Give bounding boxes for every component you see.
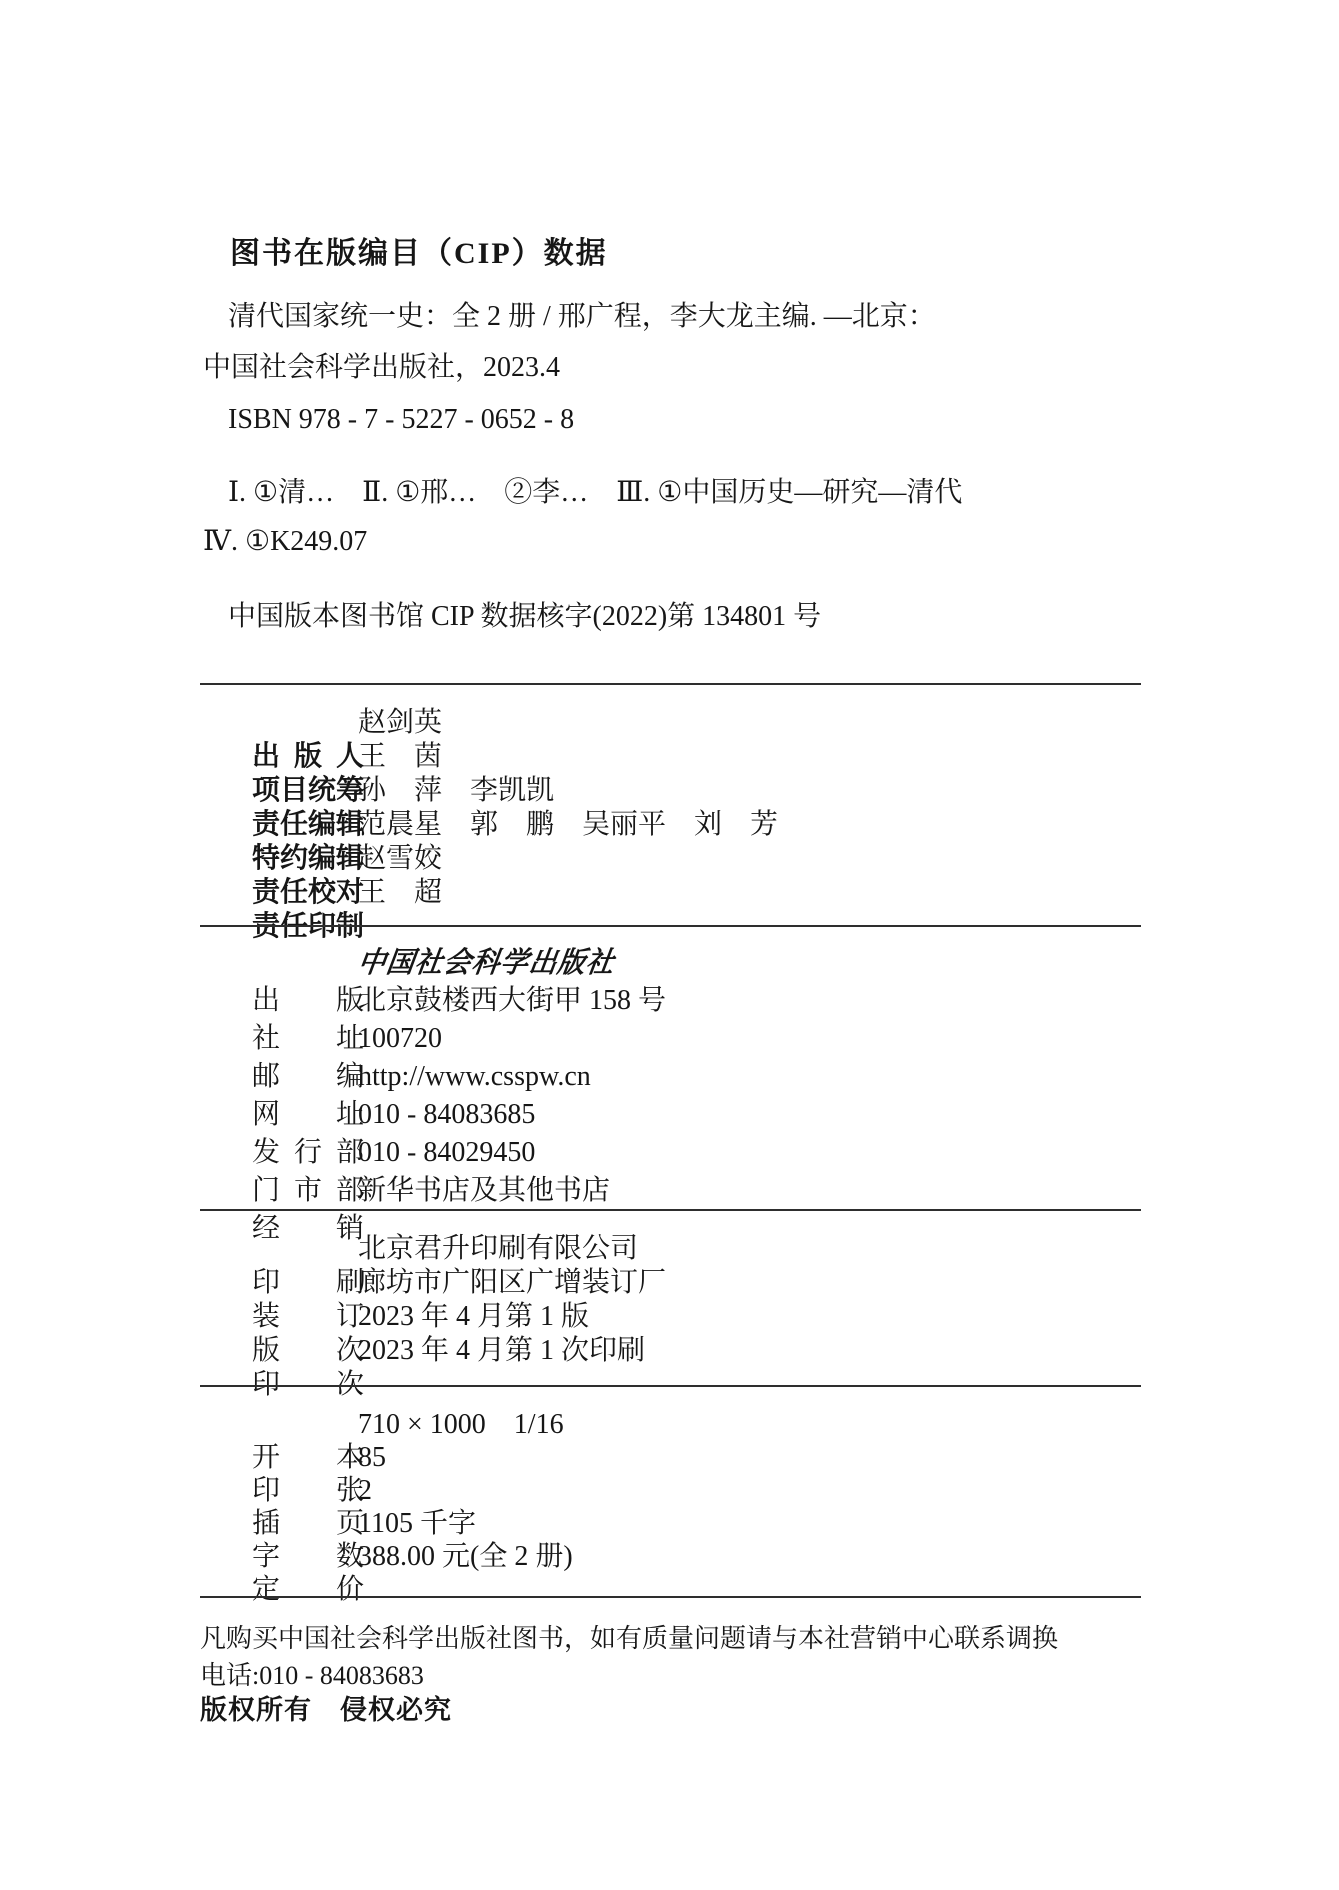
row-value: 廊坊市广阳区广增装订厂 [358, 1266, 666, 1300]
classification-line-1: Ⅰ. ①清… Ⅱ. ①邢… ②李… Ⅲ. ①中国历史—研究—清代 [228, 476, 962, 510]
service-phone-line: 电话:010 - 84083683 [200, 1655, 424, 1692]
credits-block: 出 版 人 赵剑英 项目统筹 王 茵 责任编辑 孙 萍 李凯凯 特约编辑 范晨星… [228, 706, 364, 910]
row-value: 北京君升印刷有限公司 [358, 1232, 638, 1266]
row-value: 2023 年 4 月第 1 次印刷 [358, 1334, 645, 1368]
row-value: 100720 [358, 1020, 442, 1058]
divider-3 [200, 1209, 1141, 1211]
row-format: 开 本 710 × 1000 1/16 [228, 1408, 364, 1441]
copyright-notice-line: 版权所有 侵权必究 [200, 1688, 452, 1727]
cip-header: 图书在版编目（CIP）数据 [230, 228, 608, 272]
website-url: http://www.csspw.cn [358, 1058, 591, 1096]
publisher-logo: 中国社会科学出版社 [355, 944, 617, 982]
row-distribution-dept: 发 行 部 010 - 84083685 [228, 1096, 364, 1134]
row-sheets: 印 张 85 [228, 1441, 364, 1474]
row-inserts: 插 页 2 [228, 1474, 364, 1507]
row-website: 网 址 http://www.csspw.cn [228, 1058, 364, 1096]
cip-record-line: 中国版本图书馆 CIP 数据核字(2022)第 134801 号 [228, 600, 821, 634]
row-distributor: 经 销 新华书店及其他书店 [228, 1172, 364, 1210]
divider-5 [200, 1596, 1141, 1598]
row-print-supervisor: 责任印制 王 超 [228, 876, 364, 910]
row-value: 388.00 元(全 2 册) [358, 1540, 573, 1573]
row-value: 新华书店及其他书店 [358, 1172, 610, 1210]
row-value: 010 - 84083685 [358, 1096, 535, 1134]
row-value: 010 - 84029450 [358, 1134, 535, 1172]
row-value: 孙 萍 李凯凯 [358, 774, 554, 808]
cip-publisher-line: 中国社会科学出版社，2023.4 [203, 351, 560, 385]
quality-notice-line: 凡购买中国社会科学出版社图书，如有质量问题请与本社营销中心联系调换 [200, 1618, 1058, 1655]
row-value: 2023 年 4 月第 1 版 [358, 1300, 589, 1334]
classification-line-2: Ⅳ. ①K249.07 [203, 525, 367, 559]
row-sales-dept: 门 市 部 010 - 84029450 [228, 1134, 364, 1172]
row-value: 范晨星 郭 鹏 吴丽平 刘 芳 [358, 808, 778, 842]
row-address: 社 址 北京鼓楼西大街甲 158 号 [228, 982, 364, 1020]
row-printer: 印 刷 北京君升印刷有限公司 [228, 1232, 364, 1266]
row-edition: 版 次 2023 年 4 月第 1 版 [228, 1300, 364, 1334]
row-label: 定 价 [252, 1574, 364, 1605]
copyright-page: 图书在版编目（CIP）数据 清代国家统一史：全 2 册 / 邢广程，李大龙主编.… [0, 0, 1339, 1890]
row-value: 北京鼓楼西大街甲 158 号 [358, 982, 666, 1020]
row-postcode: 邮 编 100720 [228, 1020, 364, 1058]
cip-title-line: 清代国家统一史：全 2 册 / 邢广程，李大龙主编. —北京： [228, 300, 936, 334]
row-value: 王 茵 [358, 740, 442, 774]
publisher-block: 出 版 中国社会科学出版社 社 址 北京鼓楼西大街甲 158 号 邮 编 100… [228, 944, 364, 1210]
row-value: 王 超 [358, 876, 442, 910]
row-publisher: 出 版 中国社会科学出版社 [228, 944, 364, 982]
isbn-line: ISBN 978 - 7 - 5227 - 0652 - 8 [228, 403, 574, 437]
divider-4 [200, 1385, 1141, 1387]
row-value: 1105 千字 [358, 1507, 476, 1540]
row-contributing-editor: 特约编辑 范晨星 郭 鹏 吴丽平 刘 芳 [228, 808, 364, 842]
row-executive-editor: 责任编辑 孙 萍 李凯凯 [228, 774, 364, 808]
row-value: 85 [358, 1441, 386, 1474]
row-publisher-name: 出 版 人 赵剑英 [228, 706, 364, 740]
row-value: 赵雪姣 [358, 842, 442, 876]
divider-1 [200, 683, 1141, 685]
printing-block: 印 刷 北京君升印刷有限公司 装 订 廊坊市广阳区广增装订厂 版 次 2023 … [228, 1232, 364, 1368]
row-impression: 印 次 2023 年 4 月第 1 次印刷 [228, 1334, 364, 1368]
row-value: 710 × 1000 1/16 [358, 1408, 564, 1441]
row-word-count: 字 数 1105 千字 [228, 1507, 364, 1540]
row-project-coordinator: 项目统筹 王 茵 [228, 740, 364, 774]
row-price: 定 价 388.00 元(全 2 册) [228, 1540, 364, 1573]
divider-2 [200, 925, 1141, 927]
row-value: 2 [358, 1474, 372, 1507]
row-binder: 装 订 廊坊市广阳区广增装订厂 [228, 1266, 364, 1300]
format-block: 开 本 710 × 1000 1/16 印 张 85 插 页 2 字 数 110… [228, 1408, 364, 1573]
row-proofreader: 责任校对 赵雪姣 [228, 842, 364, 876]
row-value: 赵剑英 [358, 706, 442, 740]
